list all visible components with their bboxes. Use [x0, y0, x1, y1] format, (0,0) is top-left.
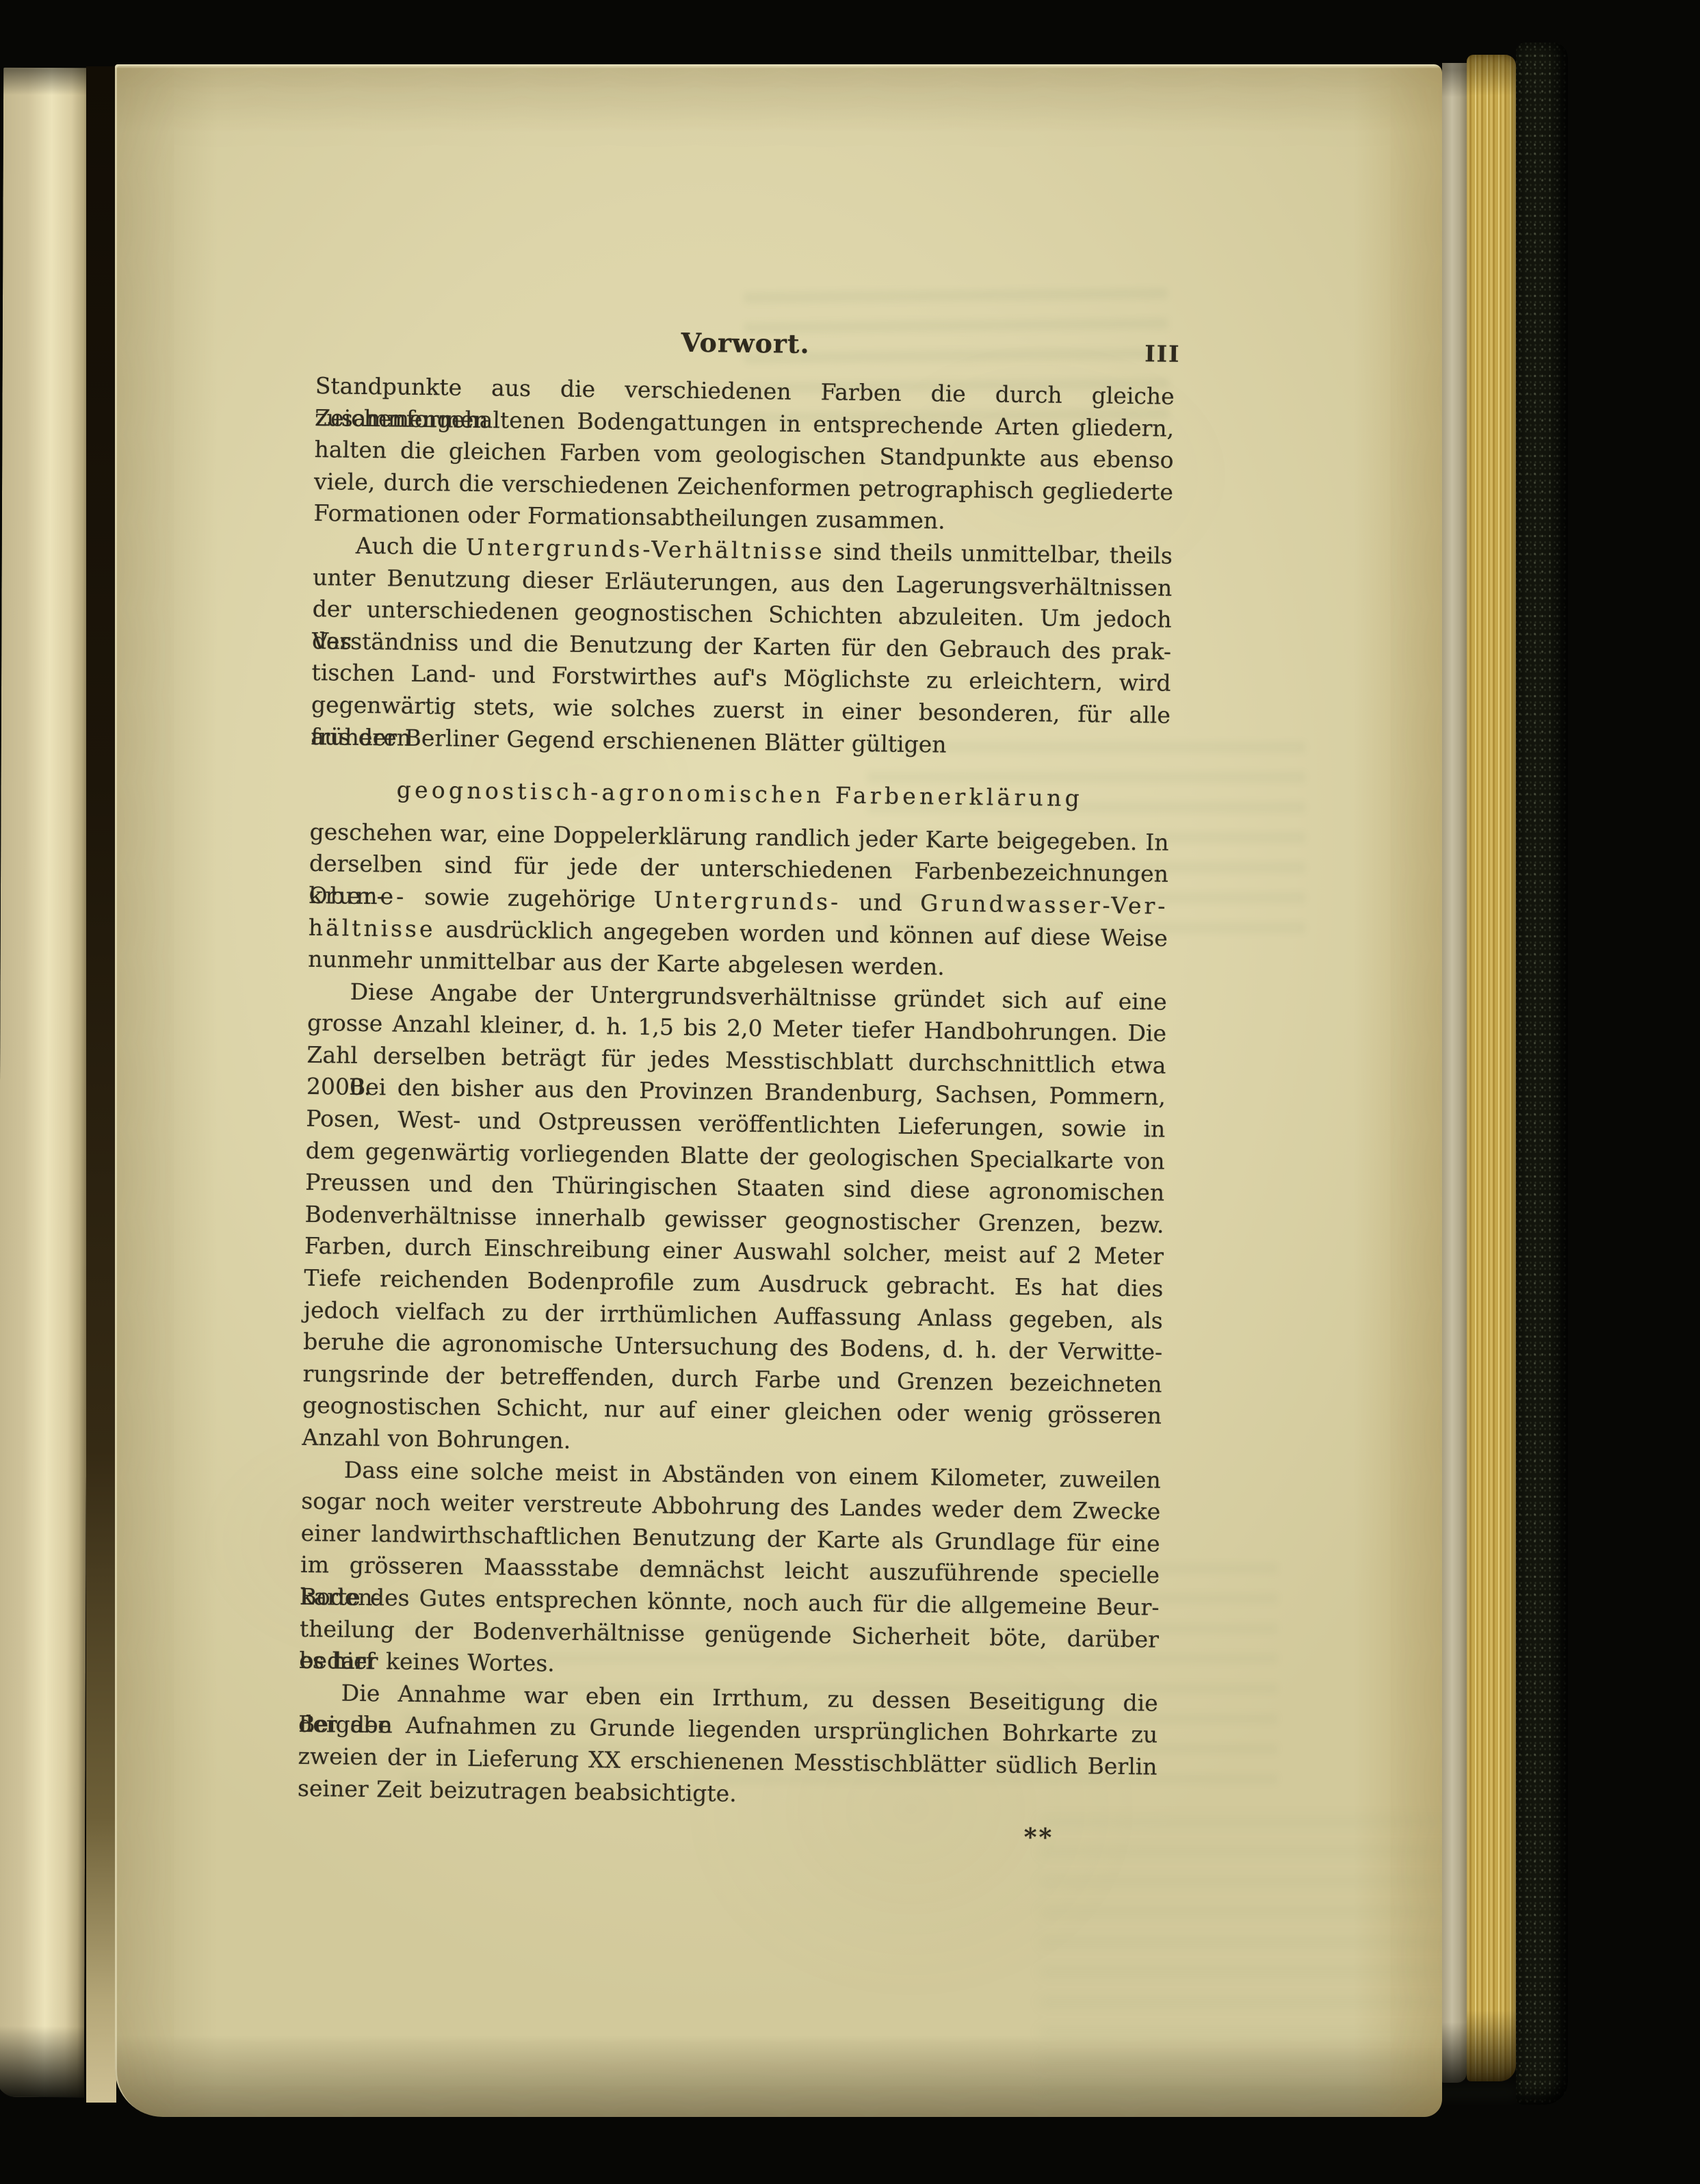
section-heading: geognostisch-agronomischen Farbenerkläru…	[310, 773, 1169, 816]
body-text: Standpunkte aus die verschiedenen Farben…	[298, 370, 1175, 1815]
facing-page-edge	[0, 68, 91, 2097]
page-number: III	[1145, 338, 1181, 370]
gilt-fore-edge	[1467, 55, 1516, 2081]
book-page: Vorwort. III Standpunkte aus die verschi…	[115, 64, 1442, 2117]
book-cover-edge	[1516, 42, 1568, 2105]
running-title: Vorwort.	[315, 322, 1175, 365]
gutter-shadow	[86, 66, 116, 2103]
book-scan: { "colors": { "paper": "#ddd5aa", "ink":…	[0, 0, 1700, 2184]
page-content: Vorwort. III Standpunkte aus die verschi…	[297, 322, 1175, 1855]
signature-mark: **	[297, 1812, 1156, 1855]
page-block-edge	[1442, 63, 1467, 2083]
